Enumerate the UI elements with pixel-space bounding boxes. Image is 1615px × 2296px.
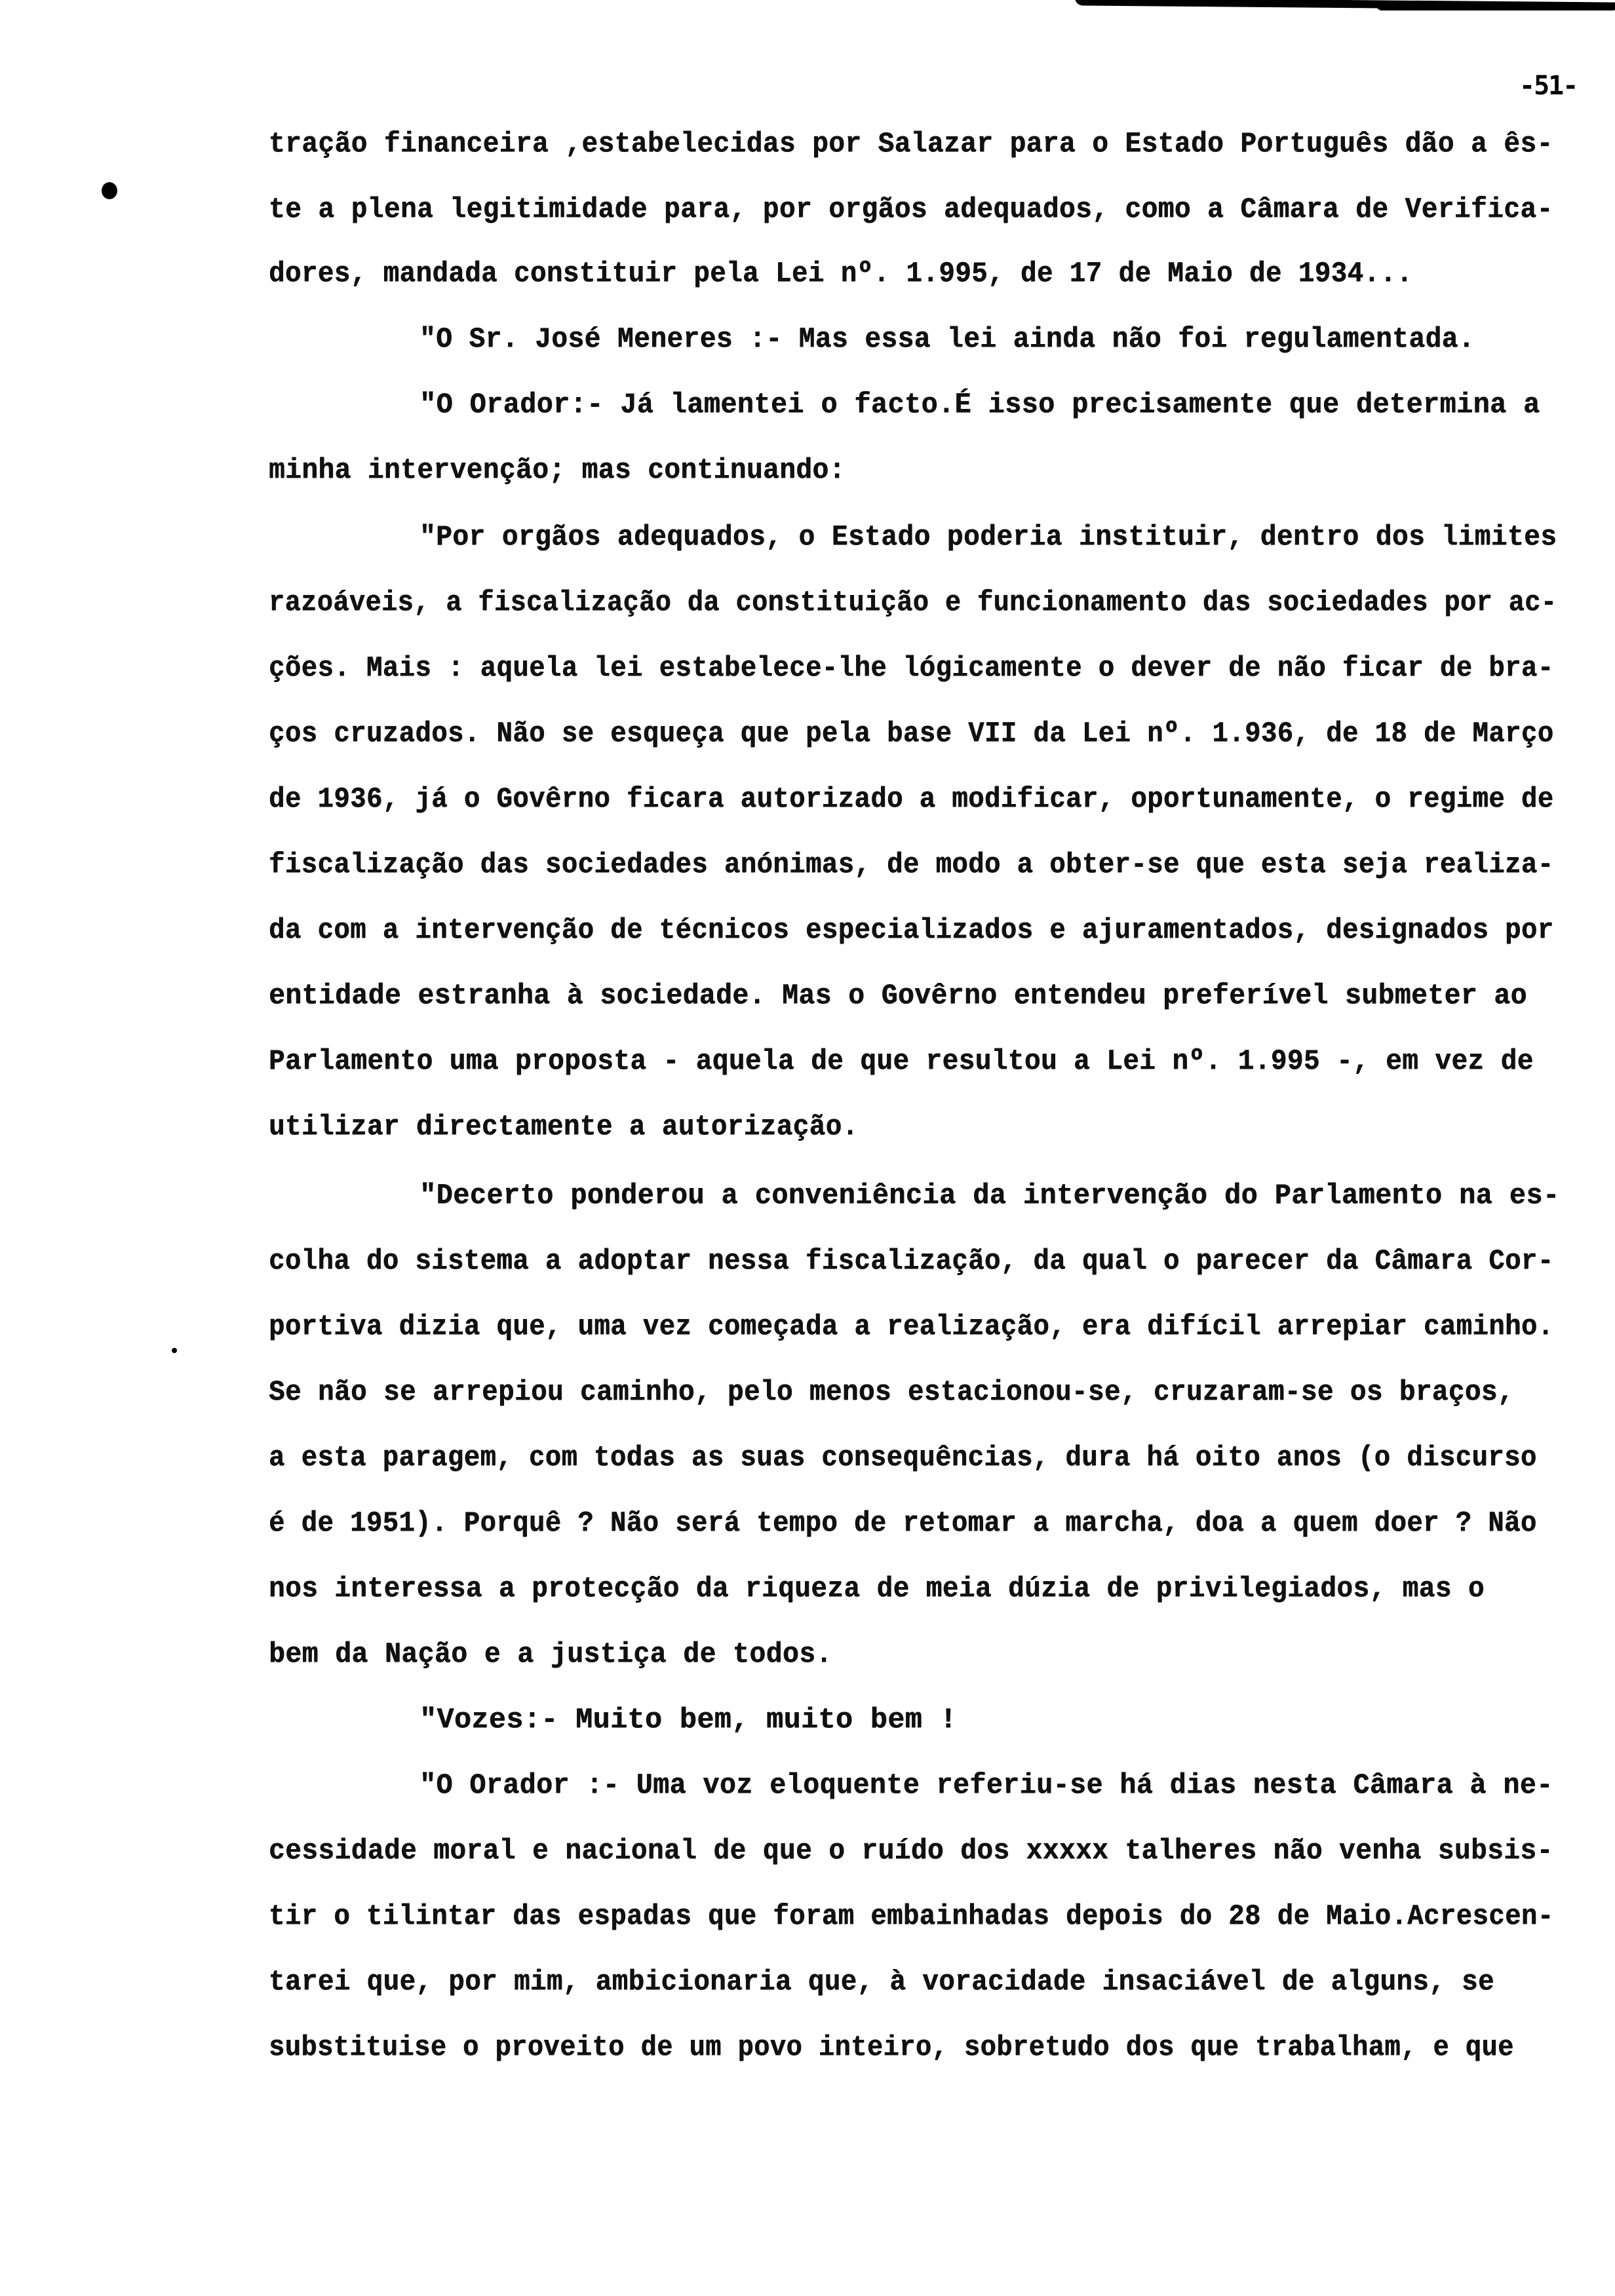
text-line: "Vozes:- Muito bem, muito bem ! — [419, 1700, 957, 1740]
text-line: fiscalização das sociedades anónimas, de… — [269, 845, 1554, 885]
text-line: tir o tilintar das espadas que foram emb… — [269, 1897, 1554, 1936]
text-line: "O Orador:- Já lamentei o facto.É isso p… — [419, 385, 1540, 425]
text-line: a esta paragem, com todas as suas conseq… — [269, 1438, 1537, 1478]
text-line: portiva dizia que, uma vez começada a re… — [269, 1307, 1554, 1347]
document-page: -51- tração financeira ,estabelecidas po… — [0, 0, 1615, 2296]
text-line: Se não se arrepiou caminho, pelo menos e… — [269, 1373, 1514, 1412]
text-line: Parlamento uma proposta - aquela de que … — [269, 1042, 1534, 1081]
text-line: substituise o proveito de um povo inteir… — [269, 2028, 1514, 2067]
text-line: te a plena legitimidade para, por orgãos… — [269, 190, 1553, 229]
scan-edge-smudge-secondary — [1376, 5, 1615, 10]
ink-dot — [172, 1348, 177, 1353]
text-line: "Por orgãos adequados, o Estado poderia … — [419, 518, 1557, 557]
text-line: "O Orador :- Uma voz eloquente referiu-s… — [419, 1766, 1553, 1805]
text-line: "Decerto ponderou a conveniência da inte… — [419, 1176, 1559, 1215]
text-line: ços cruzados. Não se esqueça que pela ba… — [269, 714, 1554, 754]
text-line: da com a intervenção de técnicos especia… — [269, 911, 1554, 950]
text-line: nos interessa a protecção da riqueza de … — [269, 1569, 1485, 1609]
text-line: utilizar directamente a autorização. — [269, 1107, 859, 1147]
text-line: cessidade moral e nacional de que o ruíd… — [269, 1831, 1553, 1871]
ink-dot — [102, 182, 117, 199]
text-line: colha do sistema a adoptar nessa fiscali… — [269, 1242, 1554, 1281]
text-line: bem da Nação e a justiça de todos. — [269, 1635, 832, 1674]
text-line: entidade estranha à sociedade. Mas o Gov… — [269, 976, 1527, 1016]
text-line: dores, mandada constituir pela Lei nº. 1… — [269, 254, 1412, 294]
text-line: de 1936, já o Govêrno ficara autorizado … — [269, 780, 1554, 819]
text-line: é de 1951). Porquê ? Não será tempo de r… — [269, 1504, 1537, 1543]
text-line: ções. Mais : aquela lei estabelece-lhe l… — [269, 649, 1554, 688]
text-line: tração financeira ,estabelecidas por Sal… — [269, 124, 1553, 164]
text-line: razoáveis, a fiscalização da constituiçã… — [269, 583, 1557, 622]
page-number: -51- — [1519, 71, 1577, 101]
text-line: "O Sr. José Meneres :- Mas essa lei aind… — [419, 320, 1475, 359]
text-line: tarei que, por mim, ambicionaria que, à … — [269, 1962, 1494, 2002]
text-line: minha intervenção; mas continuando: — [269, 451, 846, 490]
